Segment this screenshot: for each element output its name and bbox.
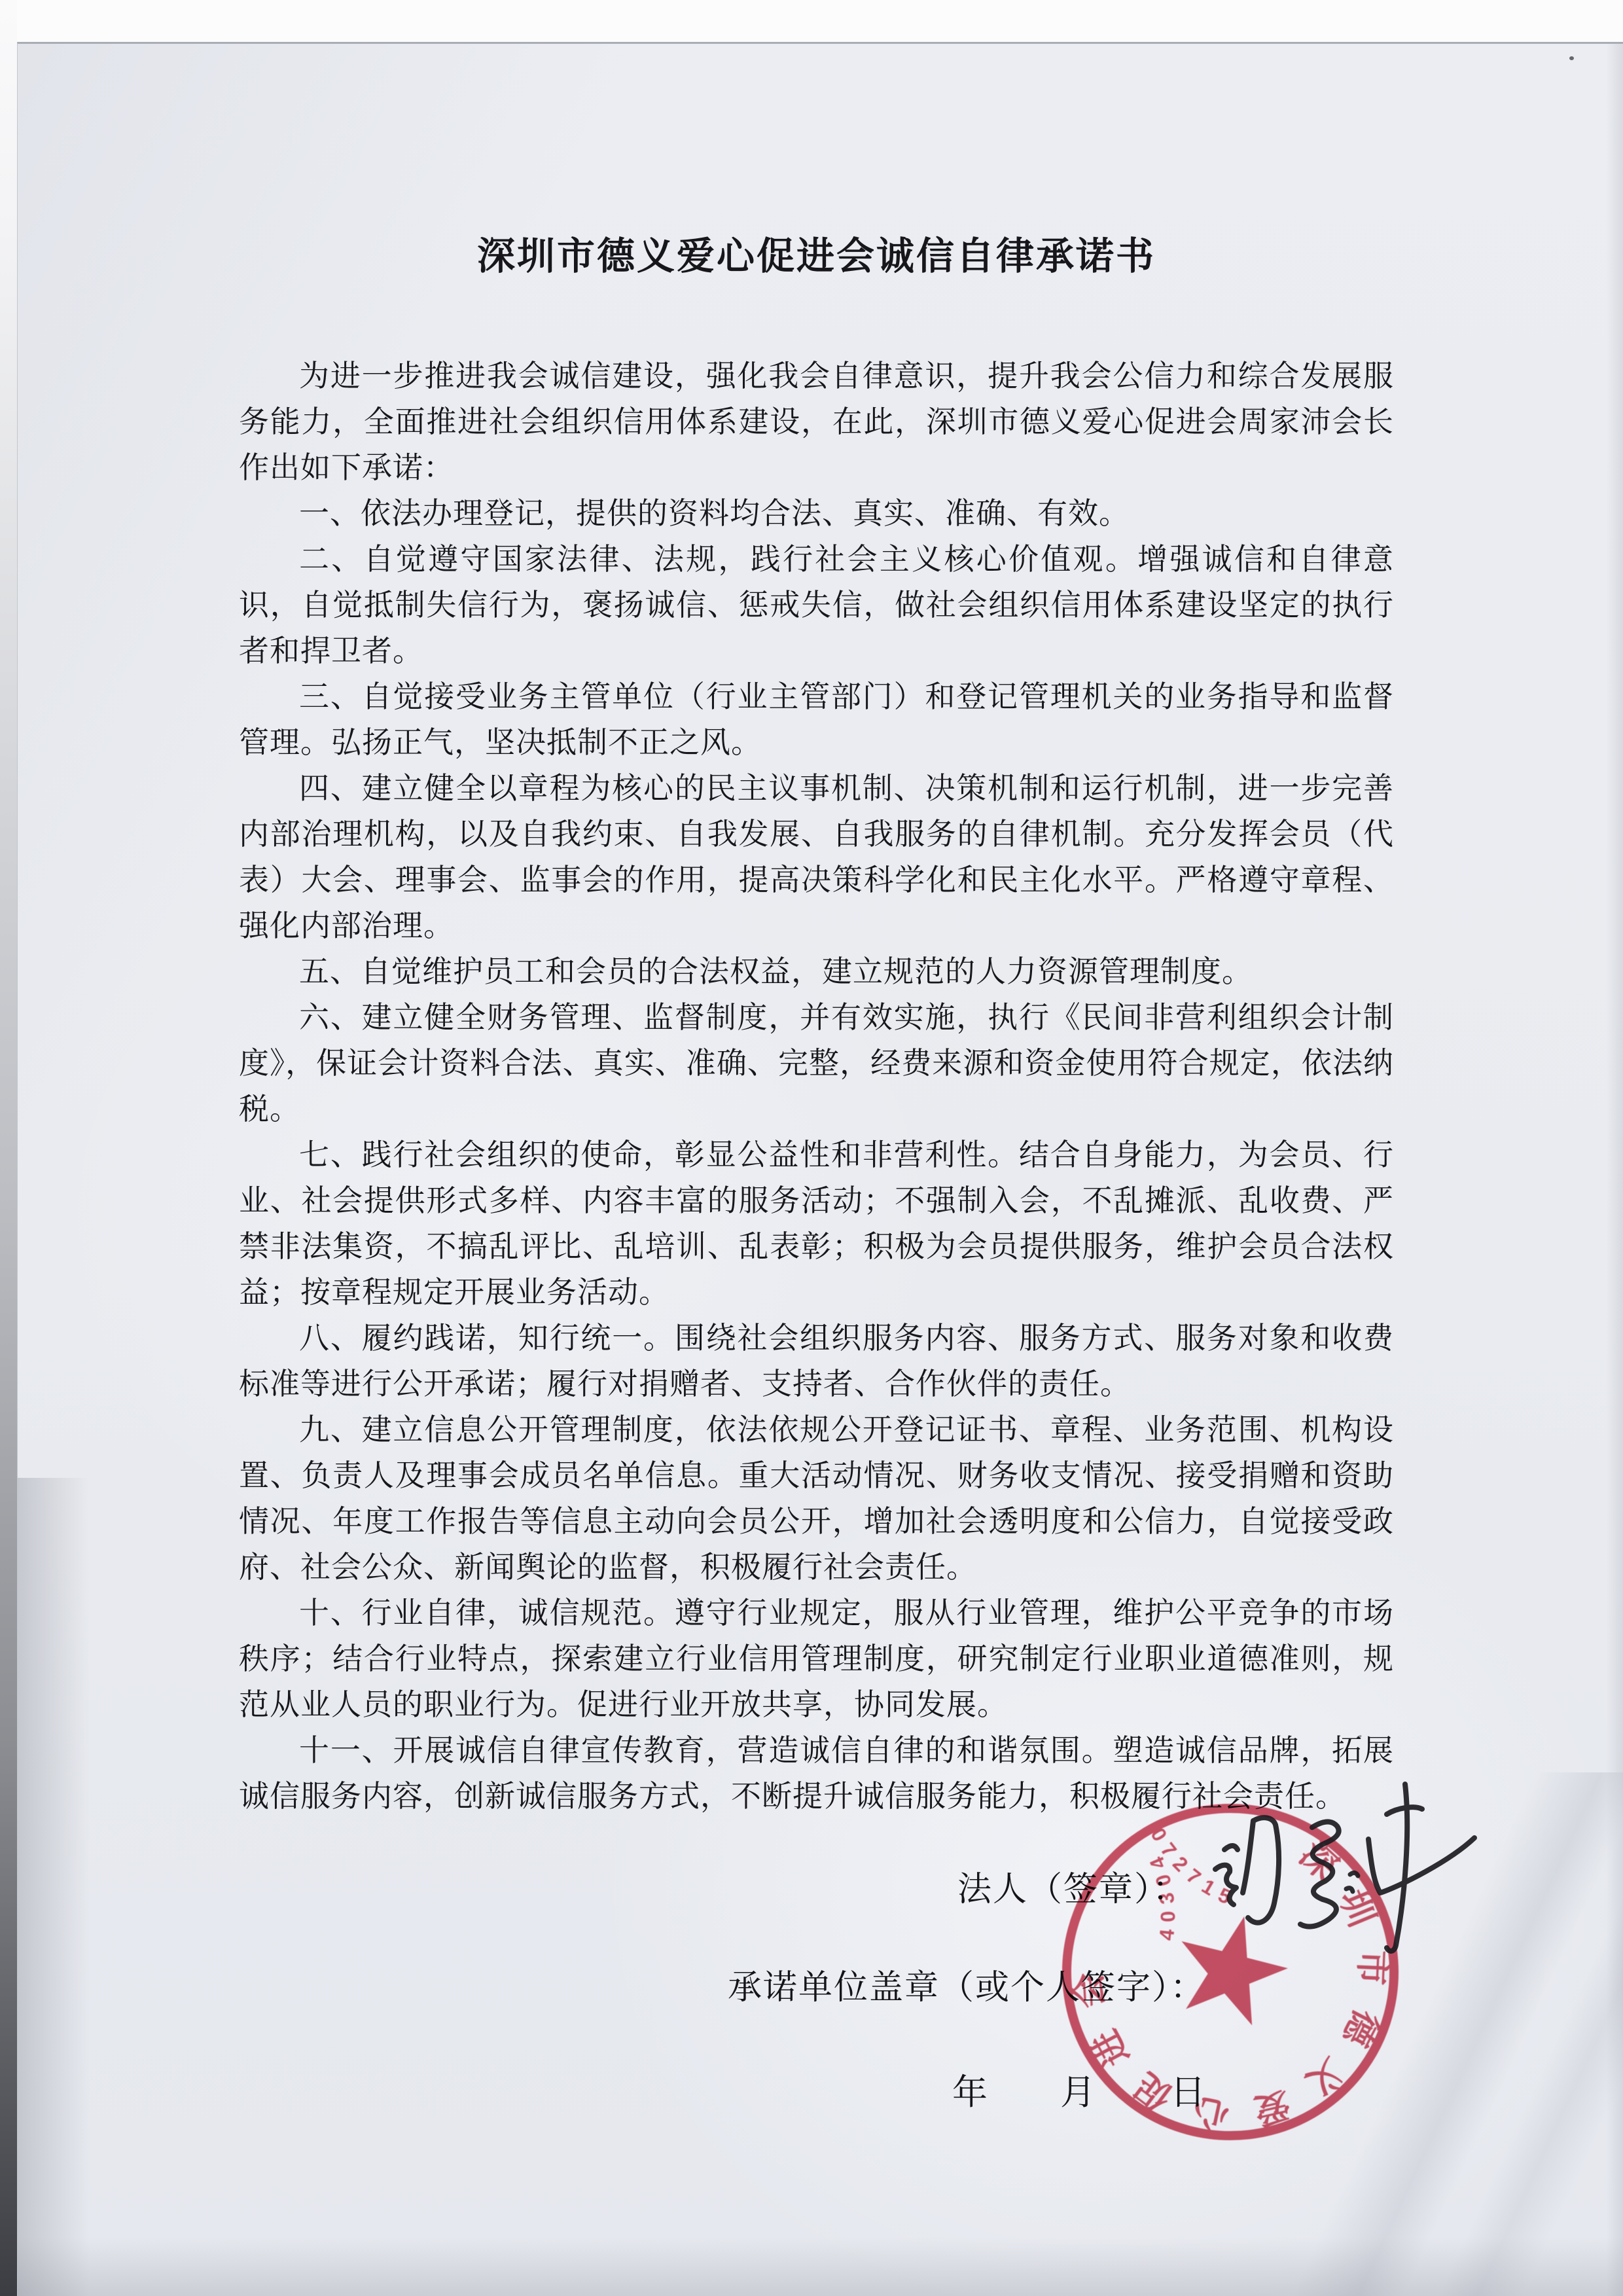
commitment-clauses: 为进一步推进我会诚信建设，强化我会自律意识，提升我会公信力和综合发展服务能力，全… bbox=[239, 353, 1394, 1820]
date-year-label: 年 bbox=[952, 2072, 988, 2113]
intro-paragraph: 为进一步推进我会诚信建设，强化我会自律意识，提升我会公信力和综合发展服务能力，全… bbox=[239, 353, 1394, 491]
paper-shadow-left bbox=[18, 1478, 90, 2296]
clause-2: 二、自觉遵守国家法律、法规，践行社会主义核心价值观。增强诚信和自律意识，自觉抵制… bbox=[239, 537, 1394, 674]
handwritten-signature bbox=[1175, 1765, 1479, 1964]
clause-9: 九、建立信息公开管理制度，依法依规公开登记证书、章程、业务范围、机构设置、负责人… bbox=[239, 1407, 1394, 1590]
paper-shadow-bottom bbox=[18, 2237, 1623, 2296]
clause-1: 一、依法办理登记，提供的资料均合法、真实、准确、有效。 bbox=[239, 491, 1394, 537]
scan-speck bbox=[1569, 56, 1574, 60]
paper-shadow-right bbox=[1606, 44, 1623, 2296]
clause-4: 四、建立健全以章程为核心的民主议事机制、决策机制和运行机制，进一步完善内部治理机… bbox=[239, 766, 1394, 949]
scanner-background-top bbox=[0, 0, 1623, 42]
clause-6: 六、建立健全财务管理、监督制度，并有效实施，执行《民间非营利组织会计制度》，保证… bbox=[239, 995, 1394, 1132]
clause-10: 十、行业自律，诚信规范。遵守行业规定，服从行业管理，维护公平竞争的市场秩序；结合… bbox=[239, 1590, 1394, 1728]
scanned-page: 深圳市德义爱心促进会诚信自律承诺书 为进一步推进我会诚信建设，强化我会自律意识，… bbox=[0, 0, 1623, 2296]
clause-7: 七、践行社会组织的使命，彰显公益性和非营利性。结合自身能力，为会员、行业、社会提… bbox=[239, 1132, 1394, 1316]
clause-3: 三、自觉接受业务主管单位（行业主管部门）和登记管理机关的业务指导和监督管理。弘扬… bbox=[239, 674, 1394, 766]
signature-strokes bbox=[1215, 1784, 1474, 1951]
document-body: 深圳市德义爱心促进会诚信自律承诺书 为进一步推进我会诚信建设，强化我会自律意识，… bbox=[239, 233, 1394, 1820]
paper-edge-shadow-left bbox=[0, 0, 17, 2296]
clause-5: 五、自觉维护员工和会员的合法权益，建立规范的人力资源管理制度。 bbox=[239, 949, 1394, 995]
clause-8: 八、履约践诺，知行统一。围绕社会组织服务内容、服务方式、服务对象和收费标准等进行… bbox=[239, 1316, 1394, 1407]
page-title: 深圳市德义爱心促进会诚信自律承诺书 bbox=[239, 233, 1394, 280]
